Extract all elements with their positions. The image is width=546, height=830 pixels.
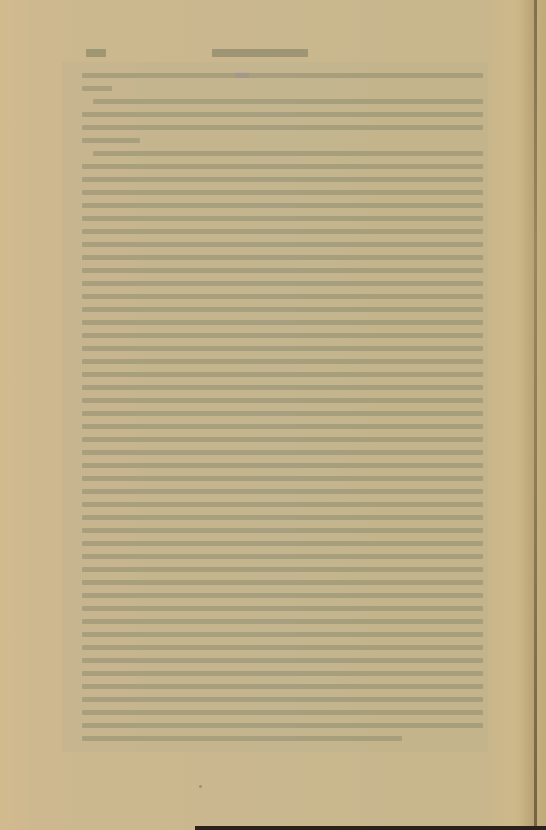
binding-gutter-line <box>534 0 537 830</box>
text-line-illegible <box>93 99 483 104</box>
text-line-illegible <box>93 151 483 156</box>
text-line-illegible <box>82 385 483 390</box>
text-line-illegible <box>82 671 483 676</box>
text-line-illegible <box>82 437 483 442</box>
text-line-illegible <box>82 177 483 182</box>
book-page: Text content of this scan is not legible… <box>0 0 546 830</box>
binding-shadow <box>520 0 534 830</box>
text-line-illegible <box>82 255 483 260</box>
text-line-illegible <box>82 164 483 169</box>
text-line-illegible <box>82 684 483 689</box>
text-line-illegible <box>82 112 483 117</box>
text-line-illegible <box>82 138 140 143</box>
scan-bottom-edge <box>195 826 546 830</box>
text-line-illegible <box>82 424 483 429</box>
text-line-illegible <box>82 190 483 195</box>
text-line-illegible <box>82 125 483 130</box>
text-line-illegible <box>82 736 402 741</box>
text-line-illegible <box>82 216 483 221</box>
body-text-illegible <box>82 73 483 749</box>
text-line-illegible <box>82 606 483 611</box>
text-line-illegible <box>82 593 483 598</box>
text-line-illegible <box>82 528 483 533</box>
text-line-illegible <box>82 294 483 299</box>
text-line-illegible <box>82 398 483 403</box>
text-line-illegible <box>82 541 483 546</box>
text-line-illegible <box>82 567 483 572</box>
text-line-illegible <box>82 372 483 377</box>
text-line-illegible <box>82 554 483 559</box>
text-line-illegible <box>82 320 483 325</box>
text-line-illegible <box>82 86 112 91</box>
text-line-illegible <box>82 203 483 208</box>
text-line-illegible <box>82 697 483 702</box>
text-line-illegible <box>82 580 483 585</box>
running-header-illegible <box>212 49 308 57</box>
text-line-illegible <box>82 710 483 715</box>
text-line-illegible <box>82 515 483 520</box>
text-line-illegible <box>82 463 483 468</box>
text-line-illegible <box>82 268 483 273</box>
page-number-illegible <box>86 49 106 57</box>
text-line-illegible <box>82 411 483 416</box>
text-line-illegible <box>82 73 483 78</box>
text-line-illegible <box>82 632 483 637</box>
text-line-illegible <box>82 229 483 234</box>
text-line-illegible <box>82 658 483 663</box>
text-line-illegible <box>82 333 483 338</box>
text-line-illegible <box>82 645 483 650</box>
text-line-illegible <box>82 359 483 364</box>
text-line-illegible <box>82 450 483 455</box>
text-line-illegible <box>82 476 483 481</box>
text-line-illegible <box>82 723 483 728</box>
text-line-illegible <box>82 281 483 286</box>
text-line-illegible <box>82 619 483 624</box>
paper-speck <box>199 785 202 788</box>
text-line-illegible <box>82 489 483 494</box>
text-line-illegible <box>82 346 483 351</box>
text-line-illegible <box>82 502 483 507</box>
text-line-illegible <box>82 307 483 312</box>
text-line-illegible <box>82 242 483 247</box>
